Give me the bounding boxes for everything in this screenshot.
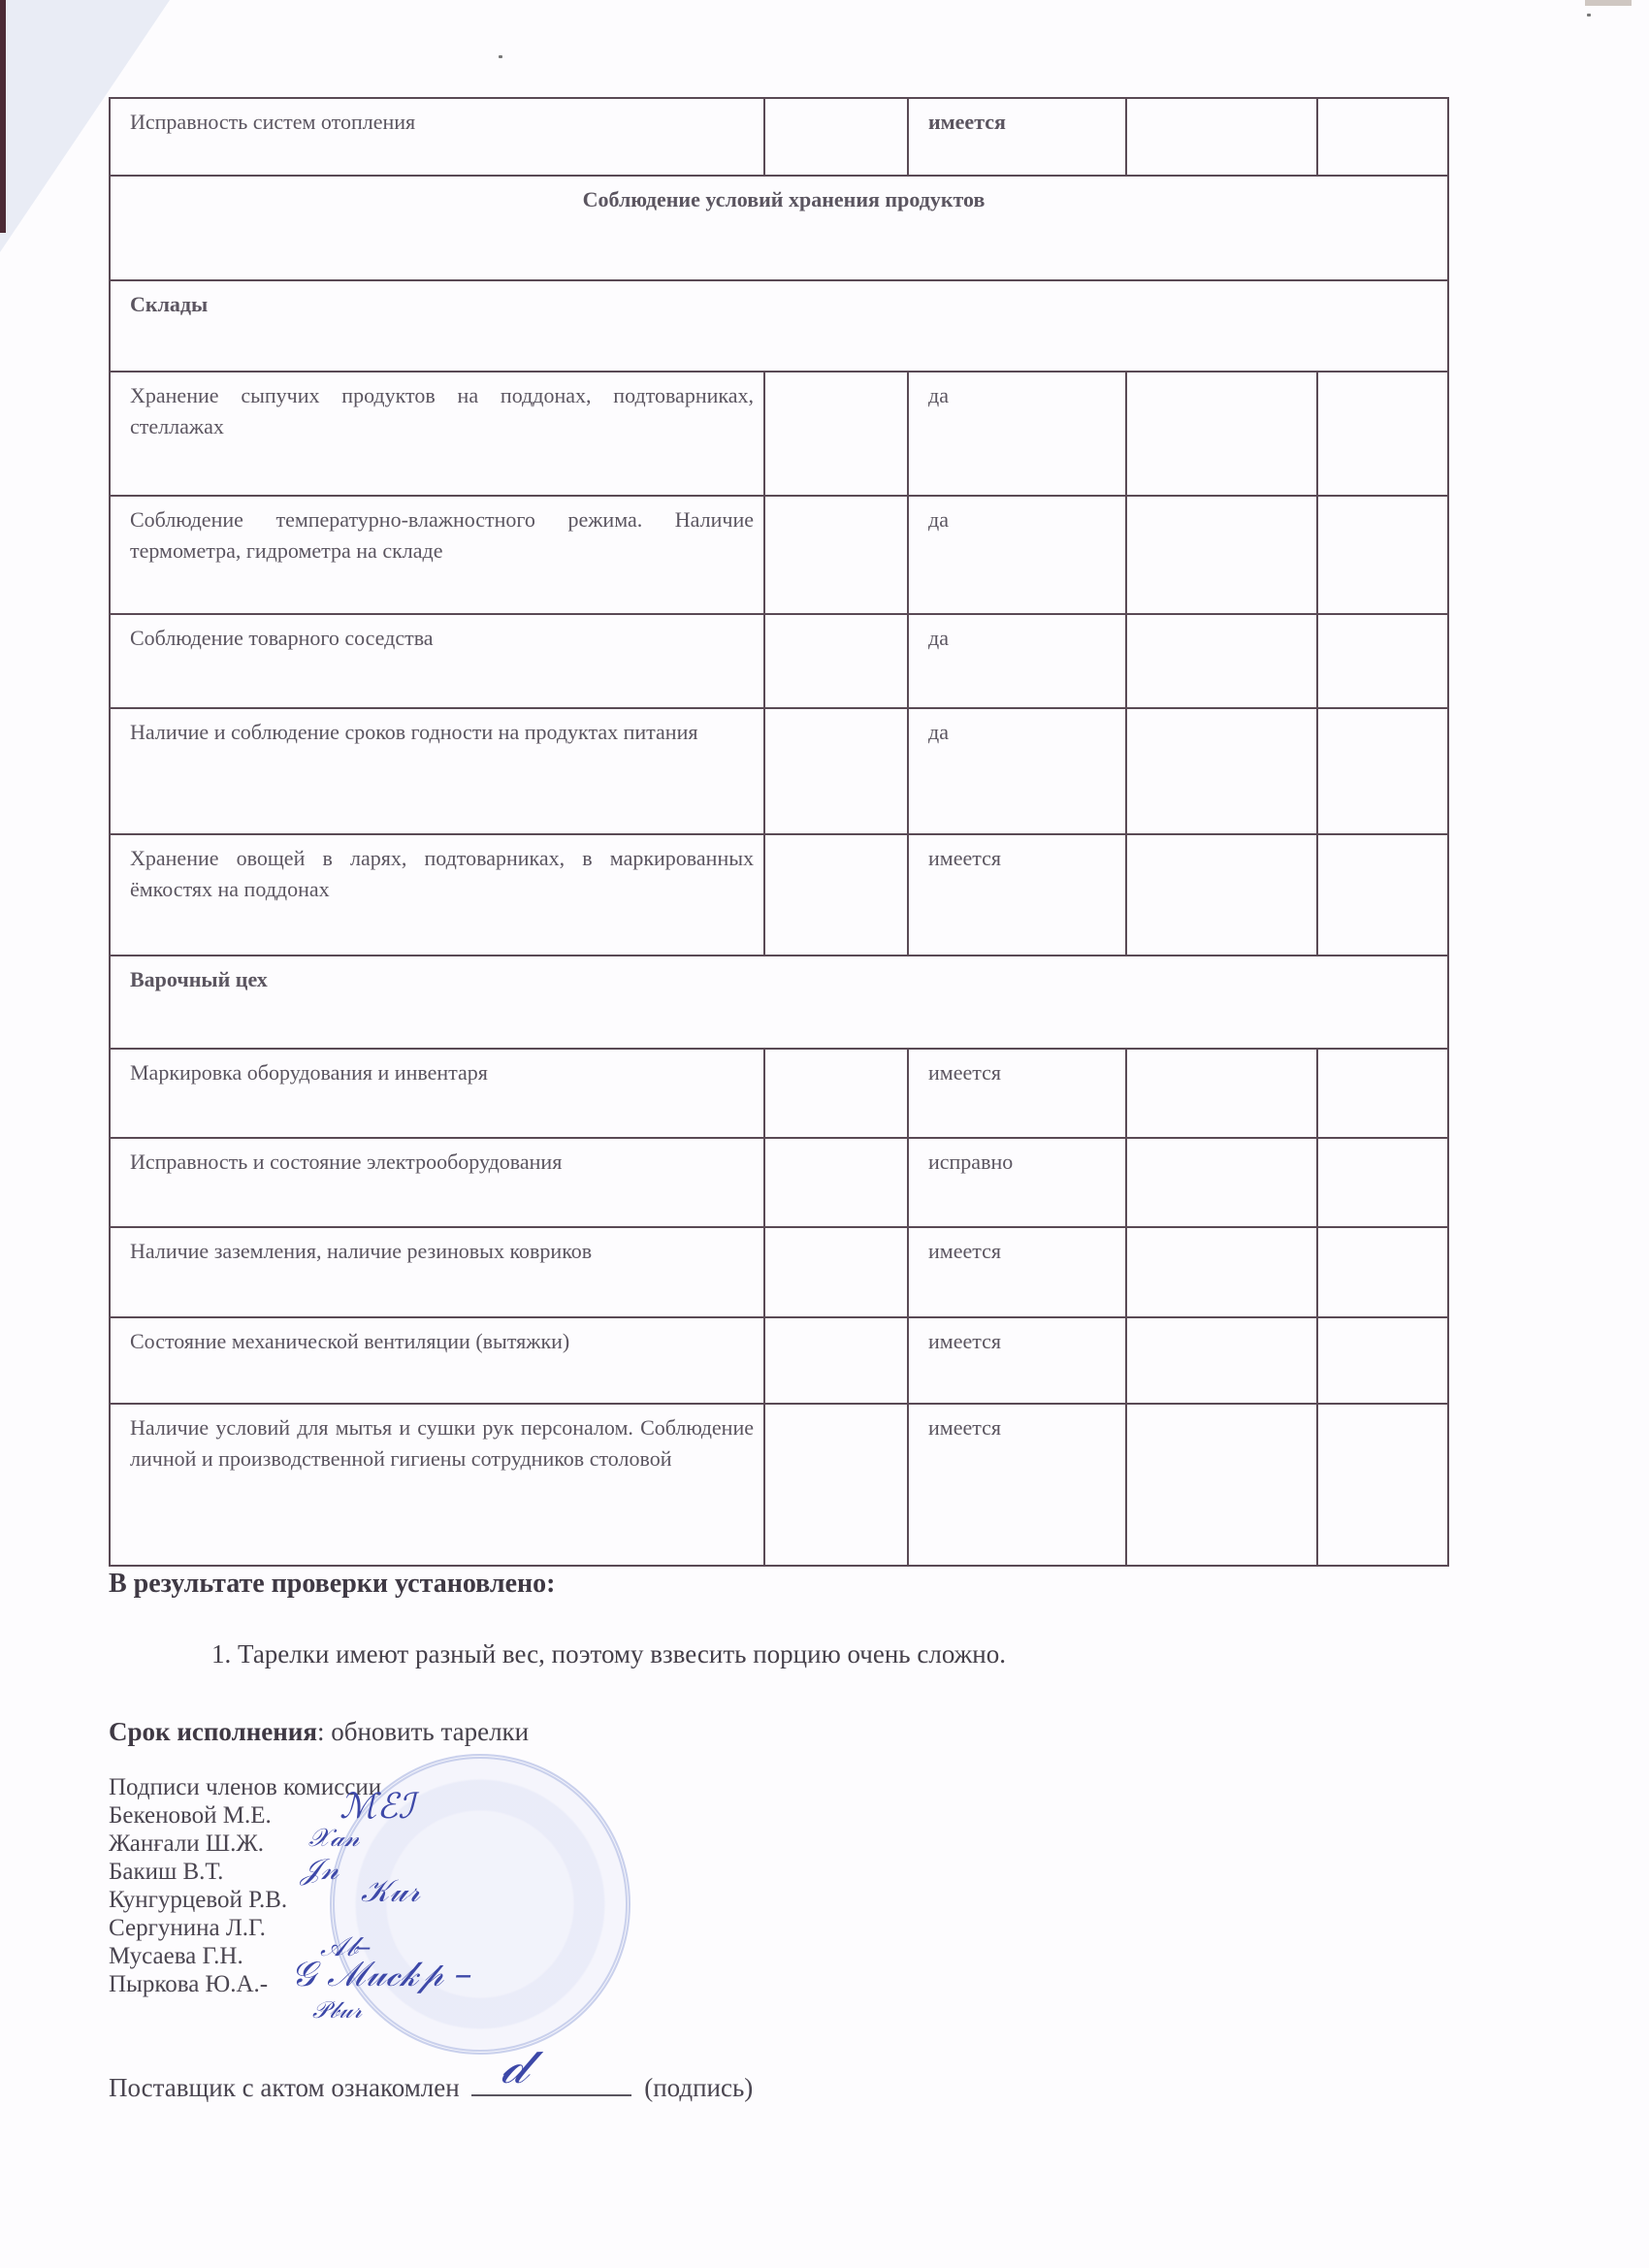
signature-line: 𝒹 — [471, 2071, 631, 2096]
table-row: Соблюдение температурно-влажностного реж… — [110, 496, 1448, 614]
empty-cell — [764, 834, 908, 956]
subsection-title: Варочный цех — [110, 956, 1448, 1049]
status-cell: да — [908, 372, 1126, 496]
empty-cell — [1317, 1317, 1448, 1404]
signer-name: Кунгурцевой Р.В. — [109, 1886, 381, 1914]
empty-cell — [764, 708, 908, 834]
status-cell: имеется — [908, 1049, 1126, 1138]
criterion-cell: Наличие заземления, наличие резиновых ко… — [110, 1227, 764, 1317]
status-cell: имеется — [908, 1317, 1126, 1404]
supplier-text: Поставщик с актом ознакомлен — [109, 2073, 460, 2102]
empty-cell — [1126, 1227, 1317, 1317]
status-cell: да — [908, 496, 1126, 614]
empty-cell — [1126, 1049, 1317, 1138]
handwritten-signature: 𝒳𝒶𝓃 — [308, 1824, 360, 1854]
empty-cell — [1317, 1404, 1448, 1566]
scan-speck — [499, 55, 502, 58]
empty-cell — [764, 1404, 908, 1566]
deadline-text: : обновить тарелки — [317, 1717, 529, 1746]
table-row: Исправность и состояние электрооборудова… — [110, 1138, 1448, 1227]
criterion-cell: Наличие условий для мытья и сушки рук пе… — [110, 1404, 764, 1566]
empty-cell — [764, 1227, 908, 1317]
criterion-cell: Соблюдение товарного соседства — [110, 614, 764, 708]
subsection-title: Склады — [110, 280, 1448, 372]
findings-title: В результате проверки установлено: — [109, 1569, 555, 1600]
empty-cell — [764, 98, 908, 176]
scan-strip — [1585, 0, 1632, 6]
status-cell: имеется — [908, 1227, 1126, 1317]
empty-cell — [1317, 614, 1448, 708]
empty-cell — [1126, 372, 1317, 496]
table-row: Исправность систем отопленияимеется — [110, 98, 1448, 176]
empty-cell — [1126, 1404, 1317, 1566]
section-title: Соблюдение условий хранения продуктов — [110, 176, 1448, 280]
deadline: Срок исполнения: обновить тарелки — [109, 1717, 529, 1747]
empty-cell — [1317, 708, 1448, 834]
signer-name: Бакиш В.Т. — [109, 1858, 381, 1886]
empty-cell — [1126, 98, 1317, 176]
scan-speck — [1587, 14, 1591, 16]
empty-cell — [1126, 1138, 1317, 1227]
empty-cell — [1126, 834, 1317, 956]
criterion-cell: Состояние механической вентиляции (вытяж… — [110, 1317, 764, 1404]
supplier-signature: 𝒹 — [501, 2034, 527, 2096]
handwritten-signature: 𝒥𝓃 — [301, 1853, 339, 1887]
table-row: Хранение сыпучих продуктов на поддонах, … — [110, 372, 1448, 496]
table-row: Маркировка оборудования и инвентаряимеет… — [110, 1049, 1448, 1138]
handwritten-signature: 𝒦𝓊𝓇 — [361, 1872, 420, 1910]
empty-cell — [1317, 1049, 1448, 1138]
empty-cell — [764, 372, 908, 496]
criterion-cell: Маркировка оборудования и инвентаря — [110, 1049, 764, 1138]
criterion-cell: Соблюдение температурно-влажностного реж… — [110, 496, 764, 614]
finding-item: 1. Тарелки имеют разный вес, поэтому взв… — [211, 1639, 1006, 1669]
criterion-cell: Исправность систем отопления — [110, 98, 764, 176]
status-cell: да — [908, 614, 1126, 708]
empty-cell — [1317, 98, 1448, 176]
supplier-acknowledgment: Поставщик с актом ознакомлен 𝒹 (подпись) — [109, 2071, 753, 2103]
table-row: Наличие условий для мытья и сушки рук пе… — [110, 1404, 1448, 1566]
empty-cell — [1317, 496, 1448, 614]
handwritten-signature: 𝒫𝒷𝓊𝓇 — [312, 1996, 362, 2024]
criterion-cell: Исправность и состояние электрооборудова… — [110, 1138, 764, 1227]
signature-caption: (подпись) — [644, 2073, 753, 2102]
empty-cell — [1126, 614, 1317, 708]
empty-cell — [764, 496, 908, 614]
subsection-row: Склады — [110, 280, 1448, 372]
subsection-row: Варочный цех — [110, 956, 1448, 1049]
status-cell: исправно — [908, 1138, 1126, 1227]
table-row: Наличие и соблюдение сроков годности на … — [110, 708, 1448, 834]
table-row: Состояние механической вентиляции (вытяж… — [110, 1317, 1448, 1404]
empty-cell — [1317, 1227, 1448, 1317]
inspection-table: Исправность систем отопленияимеетсяСоблю… — [109, 97, 1449, 1567]
table-row: Хранение овощей в ларях, подтоварниках, … — [110, 834, 1448, 956]
handwritten-signature: ℳℰℐ — [339, 1787, 414, 1827]
empty-cell — [1317, 834, 1448, 956]
criterion-cell: Хранение овощей в ларях, подтоварниках, … — [110, 834, 764, 956]
empty-cell — [1126, 1317, 1317, 1404]
handwritten-signature: 𝒢 ℳ𝓊𝒸𝓀𝓅 – — [291, 1955, 472, 1995]
empty-cell — [764, 1138, 908, 1227]
deadline-label: Срок исполнения — [109, 1717, 317, 1746]
empty-cell — [1126, 496, 1317, 614]
status-cell: имеется — [908, 98, 1126, 176]
empty-cell — [1317, 1138, 1448, 1227]
section-header-row: Соблюдение условий хранения продуктов — [110, 176, 1448, 280]
criterion-cell: Наличие и соблюдение сроков годности на … — [110, 708, 764, 834]
status-cell: имеется — [908, 1404, 1126, 1566]
table-row: Наличие заземления, наличие резиновых ко… — [110, 1227, 1448, 1317]
empty-cell — [1317, 372, 1448, 496]
criterion-cell: Хранение сыпучих продуктов на поддонах, … — [110, 372, 764, 496]
empty-cell — [1126, 708, 1317, 834]
scan-edge — [0, 0, 6, 233]
status-cell: да — [908, 708, 1126, 834]
table-row: Соблюдение товарного соседствада — [110, 614, 1448, 708]
empty-cell — [764, 614, 908, 708]
status-cell: имеется — [908, 834, 1126, 956]
empty-cell — [764, 1049, 908, 1138]
empty-cell — [764, 1317, 908, 1404]
